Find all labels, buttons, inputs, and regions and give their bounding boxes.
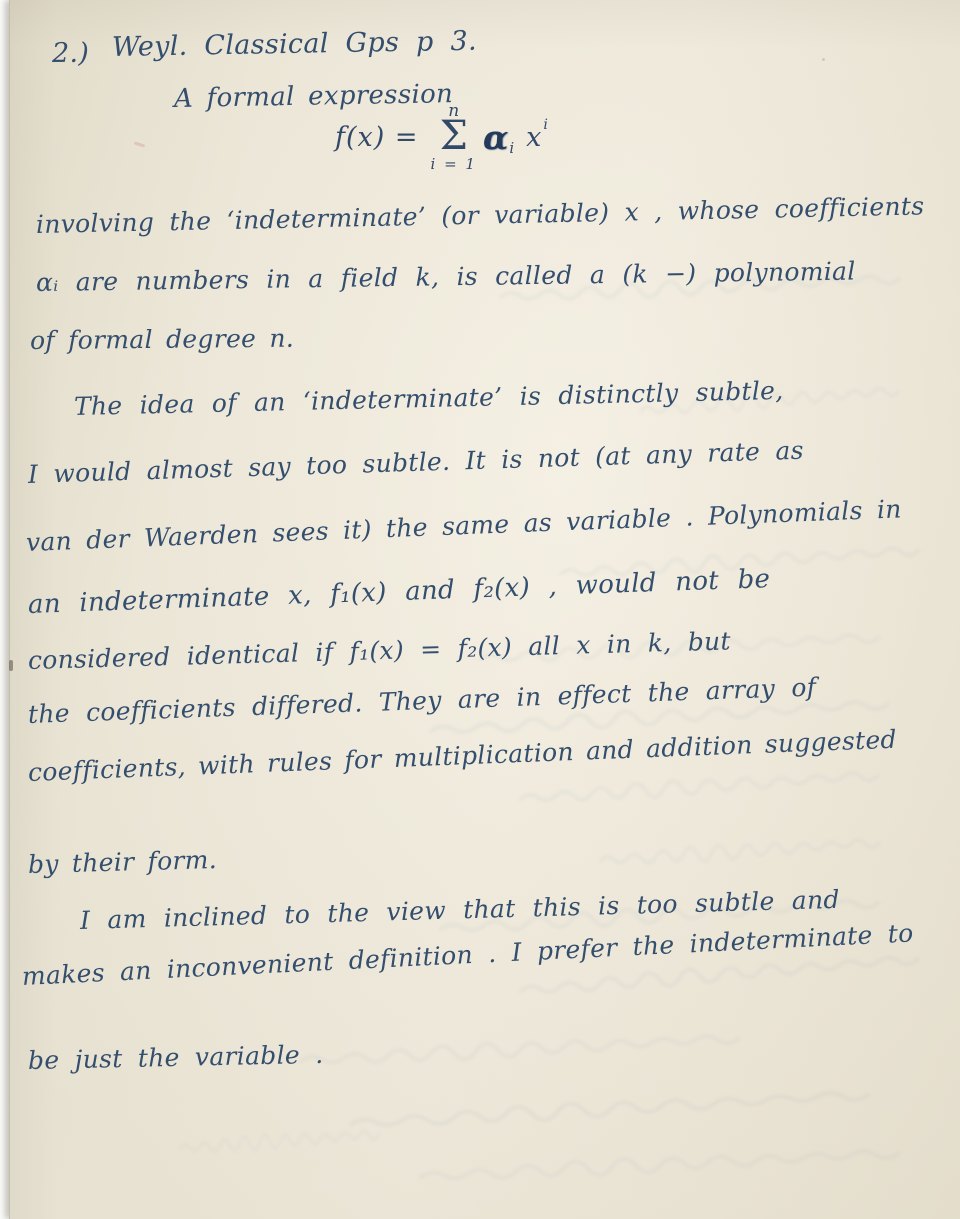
formula-exponent: i — [543, 117, 547, 133]
heading-number: 2.) — [52, 38, 89, 69]
summation: n Σ i = 1 — [431, 103, 477, 172]
paragraph-2-line-8: by their form. — [28, 845, 218, 879]
formula-coefficient-subscript: i — [509, 139, 514, 157]
formula: f(x) = n Σ i = 1 α i x i — [335, 103, 548, 172]
formula-coefficient: α — [483, 118, 508, 157]
formula-lhs: f(x) = — [335, 122, 419, 153]
formula-variable: x — [526, 122, 541, 153]
sigma-symbol: Σ — [440, 118, 468, 154]
summation-lower-limit: i = 1 — [431, 157, 477, 172]
paper-speck — [822, 58, 825, 61]
paper-speck — [9, 660, 13, 671]
paragraph-1-line-3: of formal degree n. — [30, 324, 294, 355]
manuscript-photo: { "heading": { "number": "2.)", "title":… — [0, 0, 960, 1219]
heading-title: Weyl. Classical Gps p 3. — [112, 26, 477, 63]
paragraph-3-line-3: be just the variable . — [28, 1040, 324, 1075]
